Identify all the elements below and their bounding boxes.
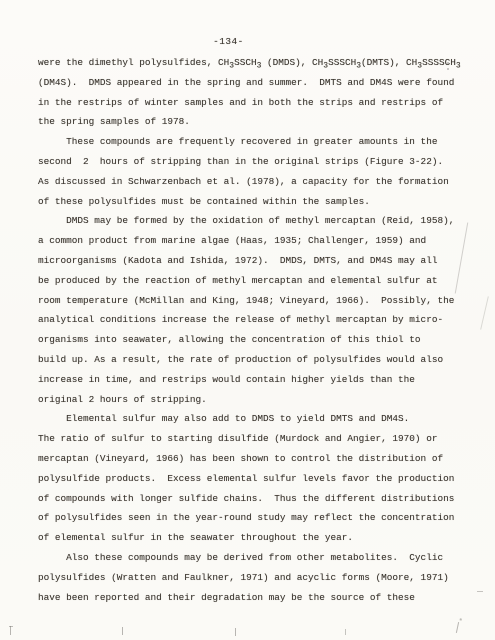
scan-artifact	[447, 62, 449, 64]
scan-artifact	[456, 622, 459, 633]
scan-artifact	[477, 591, 483, 592]
text-line: microorganisms (Kadota and Ishida, 1972)…	[38, 251, 461, 271]
text-line: of polysulfides seen in the year-round s…	[38, 508, 461, 528]
text-line: of these polysulfides must be contained …	[38, 192, 461, 212]
text-line: a common product from marine algae (Haas…	[38, 231, 461, 251]
text-line: DMDS may be formed by the oxidation of m…	[38, 211, 461, 231]
text-line: were the dimethyl polysulfides, CH3SSCH3…	[38, 53, 461, 73]
subscript: 3	[323, 62, 328, 71]
text-line: be produced by the reaction of methyl me…	[38, 271, 461, 291]
text-block: were the dimethyl polysulfides, CH3SSCH3…	[38, 53, 461, 607]
text-line: original 2 hours of stripping.	[38, 390, 461, 410]
subscript: 3	[257, 62, 262, 71]
subscript: 3	[356, 62, 361, 71]
scan-artifact	[345, 629, 346, 635]
text-line: room temperature (McMillan and King, 194…	[38, 291, 461, 311]
text-line: in the restrips of winter samples and in…	[38, 93, 461, 113]
page-number: -134-	[0, 36, 457, 47]
text-line: polysulfide products. Excess elemental s…	[38, 469, 461, 489]
text-line: second 2 hours of stripping than in the …	[38, 152, 461, 172]
text-line: organisms into seawater, allowing the co…	[38, 330, 461, 350]
text-line: analytical conditions increase the relea…	[38, 310, 461, 330]
scan-artifact	[122, 627, 123, 635]
text-line: These compounds are frequently recovered…	[38, 132, 461, 152]
subscript: 3	[417, 62, 422, 71]
text-line: mercaptan (Vineyard, 1966) has been show…	[38, 449, 461, 469]
text-line: Elemental sulfur may also add to DMDS to…	[38, 409, 461, 429]
text-line: of compounds with longer sulfide chains.…	[38, 489, 461, 509]
text-line: Also these compounds may be derived from…	[38, 548, 461, 568]
scan-artifact	[480, 296, 489, 329]
subscript: 3	[229, 62, 234, 71]
text-line: the spring samples of 1978.	[38, 112, 461, 132]
text-line: As discussed in Schwarzenbach et al. (19…	[38, 172, 461, 192]
text-line: The ratio of sulfur to starting disulfid…	[38, 429, 461, 449]
text-line: build up. As a result, the rate of produ…	[38, 350, 461, 370]
document-page: -134- were the dimethyl polysulfides, CH…	[0, 0, 495, 640]
scan-artifact	[10, 626, 11, 635]
text-line: have been reported and their degradation…	[38, 588, 461, 608]
text-line: of elemental sulfur in the seawater thro…	[38, 528, 461, 548]
text-line: (DM4S). DMDS appeared in the spring and …	[38, 73, 461, 93]
subscript: 3	[456, 62, 461, 71]
scan-artifact	[235, 628, 236, 636]
text-line: increase in time, and restrips would con…	[38, 370, 461, 390]
text-line: polysulfides (Wratten and Faulkner, 1971…	[38, 568, 461, 588]
